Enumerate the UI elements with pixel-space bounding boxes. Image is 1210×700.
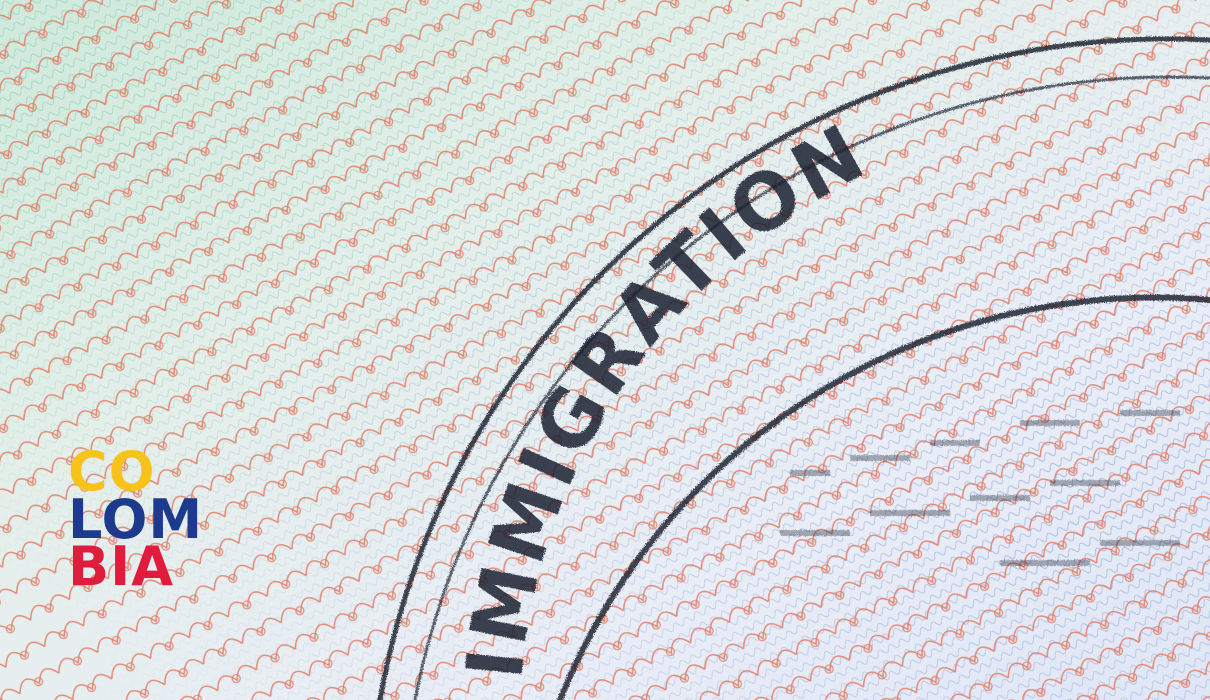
passport-stamp-photo: IMMIGRATION CO LOM BIA [0, 0, 1210, 700]
colombia-logo: CO LOM BIA [68, 448, 203, 591]
passport-background: IMMIGRATION [0, 0, 1210, 700]
